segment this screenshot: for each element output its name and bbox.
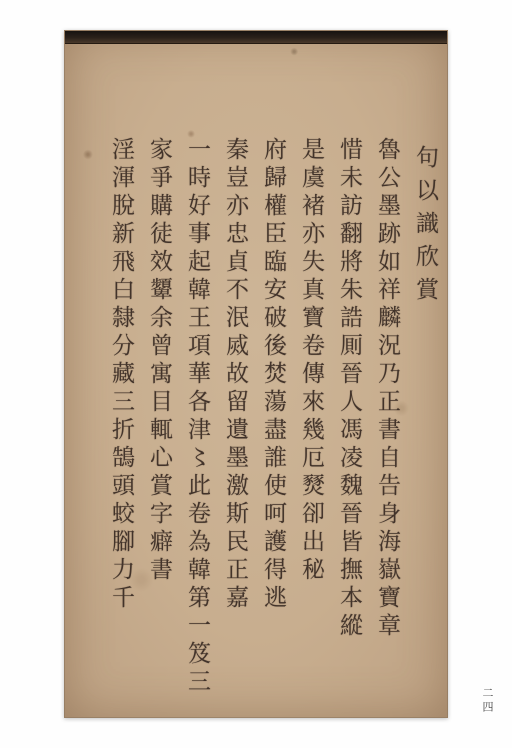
calligraphy-column: 魯公墨跡如祥麟況乃正書自告身海嶽寶章	[376, 137, 399, 641]
mounting-band	[65, 31, 447, 44]
calligraphy-column: 秦豈亦忠貞不泯烕故留遺墨激斯民正嘉	[224, 137, 247, 613]
calligraphy-column: 惜未訪翻將朱誥厠晉人馮凌魏晉皆撫本縱	[338, 137, 361, 641]
calligraphy-column: 家爭購徒效顰余曾寓目輒心賞字癖書	[148, 137, 171, 585]
calligraphy-column: 淫渾脫新飛白隸分藏三折鵠頭蛟腳力千	[110, 137, 133, 613]
calligraphy-column: 府歸權臣臨安破後焚蕩盡誰使呵護得逃	[262, 137, 285, 613]
manuscript-page: 句以識欣賞魯公墨跡如祥麟況乃正書自告身海嶽寶章惜未訪翻將朱誥厠晉人馮凌魏晉皆撫本…	[64, 30, 448, 718]
calligraphy-column: 一時好事起韓王項華各津〻此卷為韓第一笈三	[186, 137, 209, 697]
scan-background: 句以識欣賞魯公墨跡如祥麟況乃正書自告身海嶽寶章惜未訪翻將朱誥厠晉人馮凌魏晉皆撫本…	[0, 0, 512, 748]
page-number: 二四	[479, 687, 495, 715]
calligraphy-column: 是虞褚亦失真寶卷傳來幾厄燹卻出秘	[300, 137, 323, 585]
calligraphy-columns: 句以識欣賞魯公墨跡如祥麟況乃正書自告身海嶽寶章惜未訪翻將朱誥厠晉人馮凌魏晉皆撫本…	[79, 137, 437, 697]
calligraphy-column: 句以識欣賞	[414, 137, 437, 310]
